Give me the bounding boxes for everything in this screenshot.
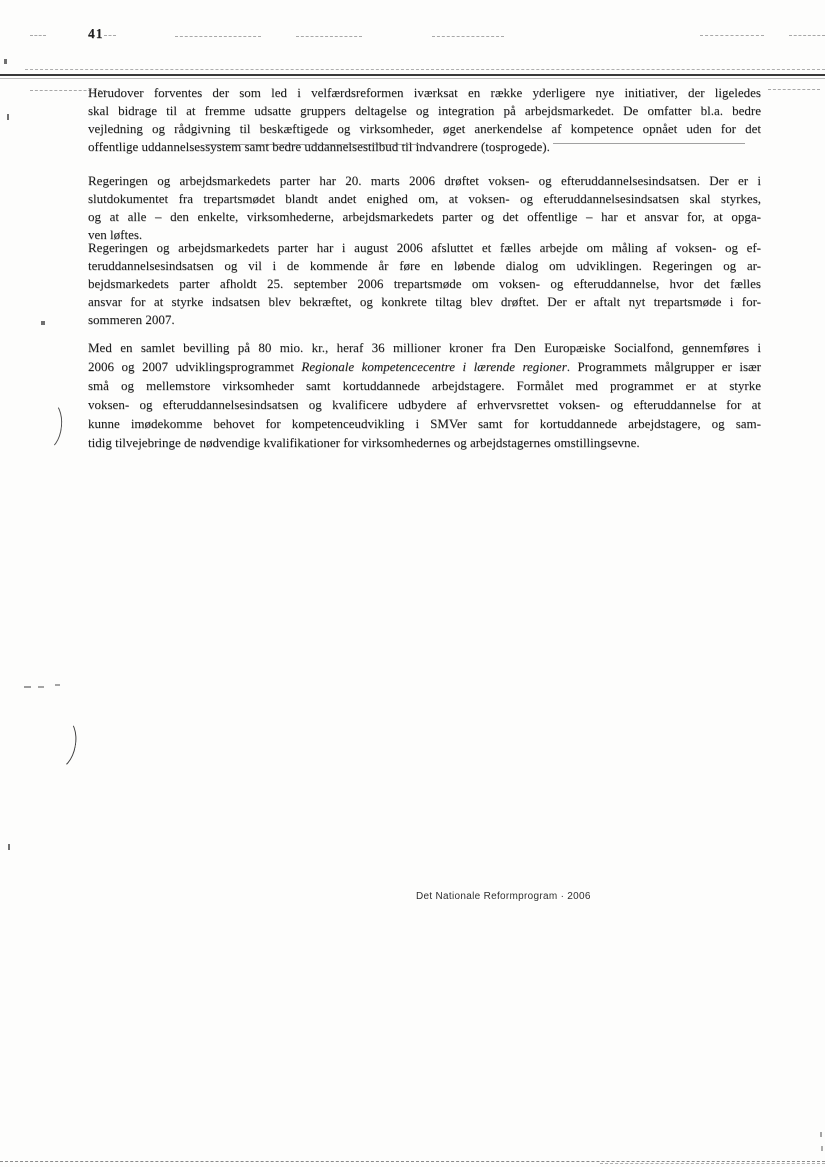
page-number: 41 xyxy=(88,26,104,42)
text-line: Regeringen og arbejdsmarkedets parter ha… xyxy=(88,239,761,257)
text-line: skal bidrage til at fremme udsatte grupp… xyxy=(88,102,761,120)
text-line: bejdsmarkedets parter afholdt 25. septem… xyxy=(88,275,761,293)
scanned-document-page: 41 Herudover forventes der som led i vel… xyxy=(0,0,825,1167)
text-line: sommeren 2007. xyxy=(88,311,761,329)
text-line: Regeringen og arbejdsmarkedets parter ha… xyxy=(88,172,761,190)
scan-dash-artifact xyxy=(104,35,116,36)
text-line: voksen- og efteruddannelsesindsatsen og … xyxy=(88,395,761,414)
text-line: Herudover forventes der som led i velfær… xyxy=(88,84,761,102)
scan-dash-artifact xyxy=(789,35,825,36)
text-line: kunne imødekomme behovet for kompetenceu… xyxy=(88,414,761,433)
paragraph-4: Med en samlet bevilling på 80 mio. kr., … xyxy=(88,338,761,452)
italic-program-title: Regionale kompetencecentre i lærende reg… xyxy=(301,359,566,374)
text-line: slutdokumentet fra trepartsmødet blandt … xyxy=(88,190,761,208)
header-rule xyxy=(0,74,825,76)
footer-text: Det Nationale Reformprogram · 2006 xyxy=(416,891,591,902)
text-segment: . Programmets målgrupper er især xyxy=(567,359,761,374)
text-line: vejledning og rådgivning til beskæftiged… xyxy=(88,120,761,138)
scan-speck-artifact xyxy=(4,59,7,64)
scan-speck-artifact xyxy=(8,844,10,850)
text-line: teruddannelsesindsatsen og vil i de komm… xyxy=(88,257,761,275)
paragraph-3: Regeringen og arbejdsmarkedets parter ha… xyxy=(88,239,761,329)
text-line: små og mellemstore virksomheder samt kor… xyxy=(88,376,761,395)
text-line: Med en samlet bevilling på 80 mio. kr., … xyxy=(88,338,761,357)
scan-speck-artifact xyxy=(41,321,45,325)
text-line: og at alle – den enkelte, virksomhederne… xyxy=(88,208,761,226)
bottom-edge-rule xyxy=(0,1161,825,1162)
text-segment: 2006 og 2007 udviklingsprogrammet xyxy=(88,359,301,374)
scan-speck-artifact xyxy=(24,686,31,688)
text-line: offentlige uddannelsessystem samt bedre … xyxy=(88,138,761,156)
bottom-edge-rule-fragment xyxy=(600,1163,825,1164)
text-line: 2006 og 2007 udviklingsprogrammet Region… xyxy=(88,357,761,376)
text-line: ansvar for at styrke indsatsen blev bekr… xyxy=(88,293,761,311)
scan-speck-artifact xyxy=(7,114,9,120)
hole-punch-arc-artifact xyxy=(32,400,65,452)
hole-punch-arc-artifact xyxy=(42,716,80,771)
paragraph-2: Regeringen og arbejdsmarkedets parter ha… xyxy=(88,172,761,244)
scan-smudge-artifact xyxy=(205,144,420,145)
scan-dash-artifact xyxy=(432,36,504,37)
header-rule-dashed xyxy=(25,69,825,70)
scan-speck-artifact xyxy=(38,686,44,688)
scan-speck-artifact xyxy=(820,1132,822,1137)
scan-dash-artifact xyxy=(175,36,261,37)
scan-dash-artifact xyxy=(30,35,46,36)
scan-smudge-artifact xyxy=(553,143,745,144)
scan-dash-artifact xyxy=(296,36,362,37)
paragraph-1: Herudover forventes der som led i velfær… xyxy=(88,84,761,156)
scan-speck-artifact xyxy=(55,684,60,686)
scan-dash-artifact xyxy=(700,35,764,36)
text-line: tidig tilvejebringe de nødvendige kvalif… xyxy=(88,433,761,452)
header-rule-shadow xyxy=(0,78,825,79)
scan-speck-artifact xyxy=(821,1146,823,1151)
scan-dash-artifact xyxy=(768,89,820,90)
